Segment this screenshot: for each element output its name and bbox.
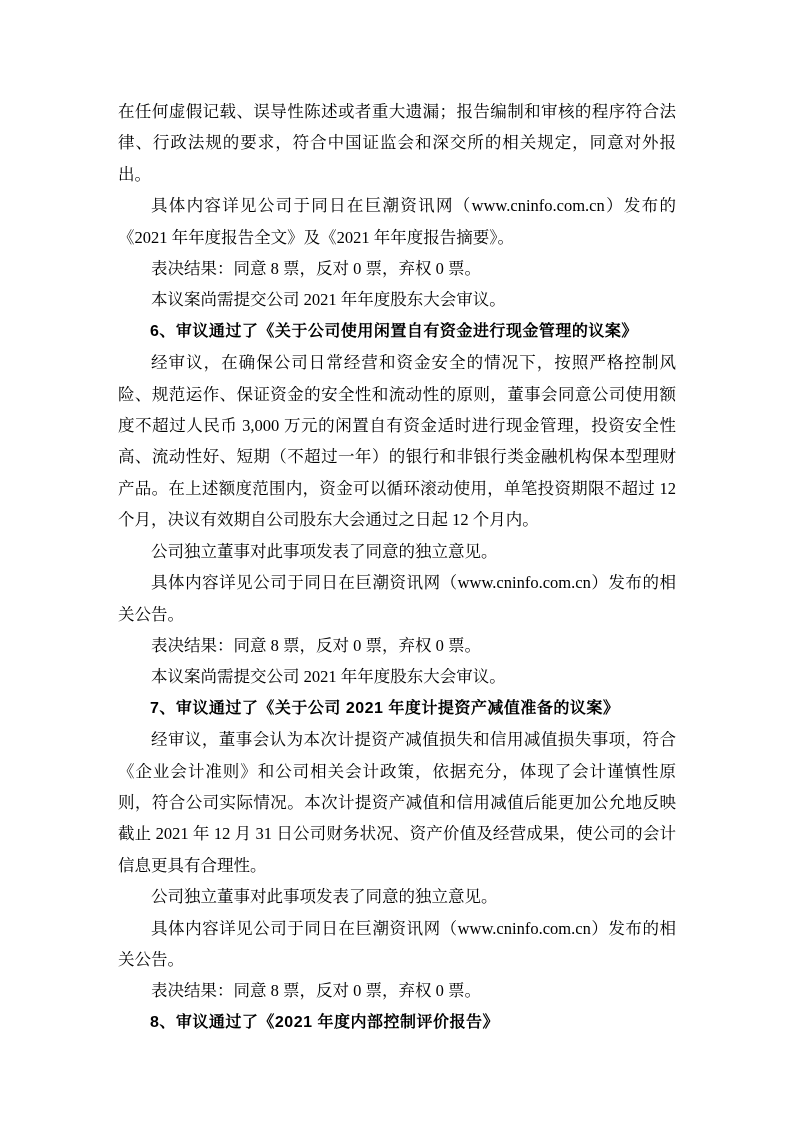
paragraph: 公司独立董事对此事项发表了同意的独立意见。 [118,536,676,567]
paragraph: 表决结果：同意 8 票，反对 0 票，弃权 0 票。 [118,630,676,661]
section-heading: 8、审议通过了《2021 年度内部控制评价报告》 [118,1007,676,1038]
paragraph: 本议案尚需提交公司 2021 年年度股东大会审议。 [118,284,676,315]
document-page: 在任何虚假记载、误导性陈述或者重大遗漏；报告编制和审核的程序符合法律、行政法规的… [0,0,793,1122]
document-body: 在任何虚假记载、误导性陈述或者重大遗漏；报告编制和审核的程序符合法律、行政法规的… [118,96,676,1038]
paragraph: 在任何虚假记载、误导性陈述或者重大遗漏；报告编制和审核的程序符合法律、行政法规的… [118,96,676,190]
paragraph: 表决结果：同意 8 票，反对 0 票，弃权 0 票。 [118,975,676,1006]
paragraph: 经审议，董事会认为本次计提资产减值损失和信用减值损失事项，符合《企业会计准则》和… [118,724,676,881]
section-heading: 6、审议通过了《关于公司使用闲置自有资金进行现金管理的议案》 [118,316,676,347]
paragraph: 具体内容详见公司于同日在巨潮资讯网（www.cninfo.com.cn）发布的《… [118,190,676,253]
paragraph: 具体内容详见公司于同日在巨潮资讯网（www.cninfo.com.cn）发布的相… [118,567,676,630]
paragraph: 经审议，在确保公司日常经营和资金安全的情况下，按照严格控制风险、规范运作、保证资… [118,347,676,535]
paragraph: 表决结果：同意 8 票，反对 0 票，弃权 0 票。 [118,253,676,284]
section-heading: 7、审议通过了《关于公司 2021 年度计提资产减值准备的议案》 [118,693,676,724]
paragraph: 具体内容详见公司于同日在巨潮资讯网（www.cninfo.com.cn）发布的相… [118,913,676,976]
paragraph: 公司独立董事对此事项发表了同意的独立意见。 [118,881,676,912]
paragraph: 本议案尚需提交公司 2021 年年度股东大会审议。 [118,661,676,692]
